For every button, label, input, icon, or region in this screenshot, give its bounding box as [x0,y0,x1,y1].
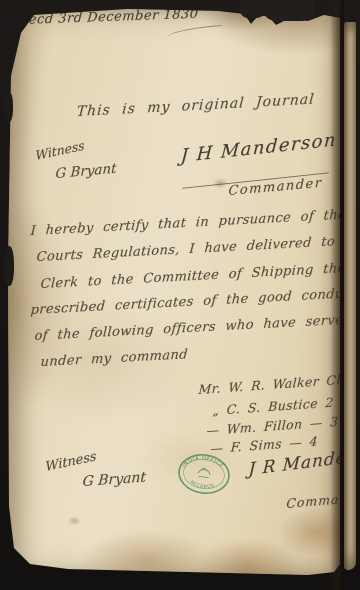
commander-signature-top: J H Manderson [180,129,338,167]
stamp-top-text: INDIA OFFICE [181,453,226,474]
edge-damage [4,246,14,286]
adjacent-page-edge [344,22,356,570]
certification-line: under my command [40,347,188,370]
received-note: Recd 3rd December 1830 [18,7,199,28]
witness-label-top: Witness [35,138,85,163]
certification-line: Clerk to the Committee of Shipping the [40,261,340,292]
stamp-crest-icon [198,467,211,478]
officer-list-item: Mr. W. R. Walker Chief Offr [198,368,340,397]
certification-line: of the following officers who have serve… [34,312,340,344]
india-office-stamp-icon: INDIA OFFICE RECORDS [173,448,235,499]
journal-title-line: This is my original Journal [76,91,315,120]
witness-signature-top: G Bryant [55,161,117,182]
certification-line: Courts Regulations, I have delivered to … [36,233,340,265]
certification-line: I hereby certify that in pursuance of th… [30,207,340,239]
witness-signature-bottom: G Bryant [82,469,146,490]
burn-mark [262,0,314,21]
svg-text:INDIA OFFICE: INDIA OFFICE [181,453,226,474]
witness-label-bottom: Witness [45,449,97,475]
certification-line: prescribed certificates of the good cond… [30,286,340,318]
flourish-line [166,25,222,38]
photographed-manuscript: Recd 3rd December 1830 This is my origin… [0,0,360,590]
manuscript-page: Recd 3rd December 1830 This is my origin… [8,6,340,578]
edge-damage [5,92,13,122]
officer-list-item: — Wm. Fillon — 3 [206,414,339,438]
commander-rank-top: Commander [228,176,323,199]
binding-crease-shadow [330,0,344,590]
